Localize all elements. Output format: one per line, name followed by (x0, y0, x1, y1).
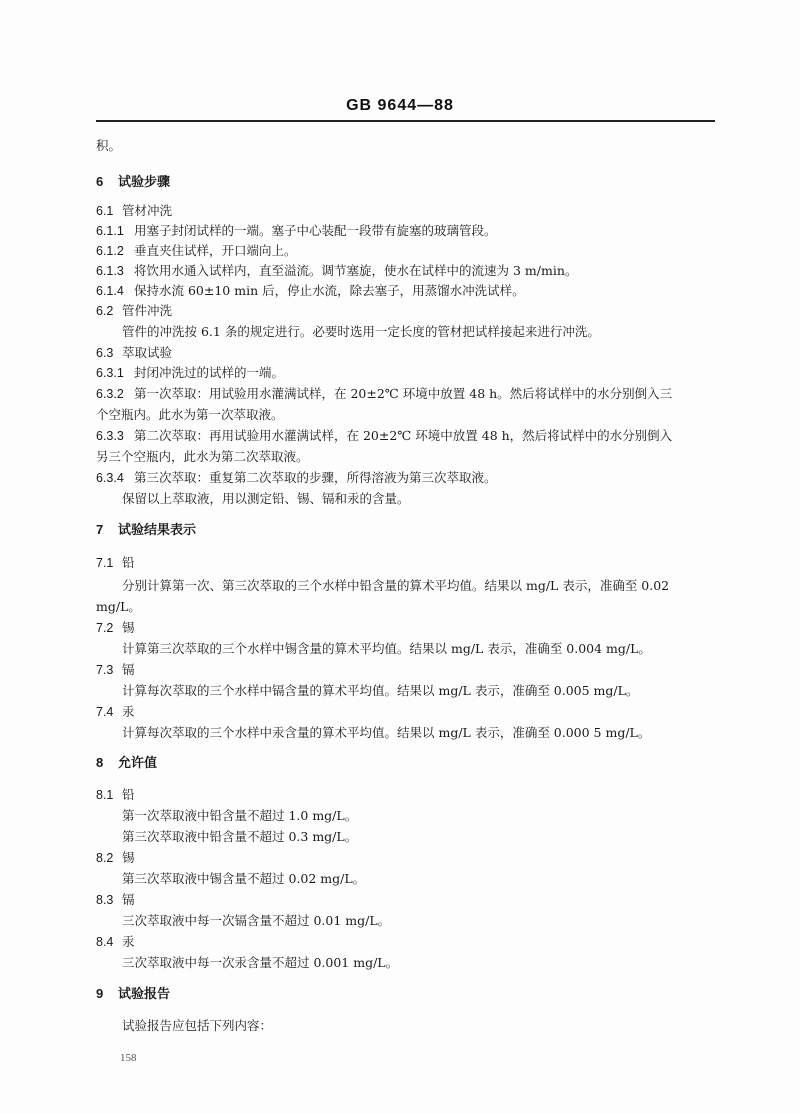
section-7-heading: 7试验结果表示 (96, 522, 196, 539)
section-6-2-heading: 6.2管件冲洗 (96, 303, 172, 319)
section-6-3-heading: 6.3萃取试验 (96, 345, 172, 361)
clause-8-2-paragraph: 第三次萃取液中锡含量不超过 0.02 mg/L。 (122, 871, 365, 887)
clause-6-3-2: 6.3.2第一次萃取：用试验用水灌满试样，在 20±2℃ 环境中放置 48 h。… (96, 386, 672, 402)
clause-8-1-line-2: 第三次萃取液中铅含量不超过 0.3 mg/L。 (122, 829, 357, 845)
clause-7-3-paragraph: 计算每次萃取的三个水样中镉含量的算术平均值。结果以 mg/L 表示，准确至 0.… (122, 683, 638, 699)
section-6-heading: 6试验步骤 (96, 174, 170, 191)
section-6-1-heading: 6.1管材冲洗 (96, 203, 172, 219)
clause-6-3-1: 6.3.1封闭冲洗过的试样的一端。 (96, 365, 284, 381)
section-7-3-heading: 7.3镉 (96, 662, 135, 678)
clause-6-3-paragraph: 保留以上萃取液，用以测定铅、锡、镉和汞的含量。 (122, 491, 410, 507)
section-7-4-heading: 7.4汞 (96, 704, 135, 720)
section-8-4-heading: 8.4汞 (96, 934, 135, 950)
clause-6-3-3: 6.3.3第二次萃取：再用试验用水灌满试样，在 20±2℃ 环境中放置 48 h… (96, 428, 672, 444)
clause-6-1-3: 6.1.3将饮用水通入试样内，直至溢流。调节塞旋，使水在试样中的流速为 3 m/… (96, 263, 577, 279)
clause-7-4-paragraph: 计算每次萃取的三个水样中汞含量的算术平均值。结果以 mg/L 表示，准确至 0.… (122, 725, 650, 741)
clause-6-3-4: 6.3.4第三次萃取：重复第二次萃取的步骤，所得溶液为第三次萃取液。 (96, 470, 497, 486)
section-7-2-heading: 7.2锡 (96, 620, 135, 636)
section-7-1-heading: 7.1铅 (96, 555, 135, 571)
section-8-1-heading: 8.1铅 (96, 787, 135, 803)
document-page: GB 9644—88 积。 6试验步骤 6.1管材冲洗 6.1.1用塞子封闭试样… (0, 0, 800, 1114)
continuation-text: 积。 (96, 138, 121, 154)
section-8-3-heading: 8.3镉 (96, 892, 135, 908)
section-8-heading: 8允许值 (96, 755, 157, 772)
clause-6-1-2: 6.1.2垂直夹住试样，开口端向上。 (96, 243, 297, 259)
clause-8-3-paragraph: 三次萃取液中每一次镉含量不超过 0.01 mg/L。 (122, 913, 390, 929)
clause-6-2-paragraph: 管件的冲洗按 6.1 条的规定进行。必要时选用一定长度的管材把试样接起来进行冲洗… (122, 324, 600, 340)
clause-9-paragraph: 试验报告应包括下列内容： (122, 1018, 272, 1034)
clause-6-1-4: 6.1.4保持水流 60±10 min 后，停止水流，除去塞子，用蒸馏水冲洗试样… (96, 283, 525, 299)
header-rule (96, 120, 715, 122)
standard-number-header: GB 9644—88 (0, 97, 800, 115)
clause-6-3-3-continued: 另三个空瓶内，此水为第二次萃取液。 (96, 449, 309, 465)
section-8-2-heading: 8.2锡 (96, 850, 135, 866)
clause-7-1-paragraph-continued: mg/L。 (96, 599, 141, 615)
clause-6-1-1: 6.1.1用塞子封闭试样的一端。塞子中心装配一段带有旋塞的玻璃管段。 (96, 223, 497, 239)
clause-8-4-paragraph: 三次萃取液中每一次汞含量不超过 0.001 mg/L。 (122, 955, 398, 971)
clause-8-1-line-1: 第一次萃取液中铅含量不超过 1.0 mg/L。 (122, 808, 357, 824)
clause-6-3-2-continued: 个空瓶内。此水为第一次萃取液。 (96, 407, 284, 423)
page-number: 158 (120, 1052, 137, 1064)
clause-7-2-paragraph: 计算第三次萃取的三个水样中锡含量的算术平均值。结果以 mg/L 表示，准确至 0… (122, 641, 651, 657)
section-9-heading: 9试验报告 (96, 986, 170, 1003)
clause-7-1-paragraph: 分别计算第一次、第三次萃取的三个水样中铅含量的算术平均值。结果以 mg/L 表示… (122, 578, 669, 594)
